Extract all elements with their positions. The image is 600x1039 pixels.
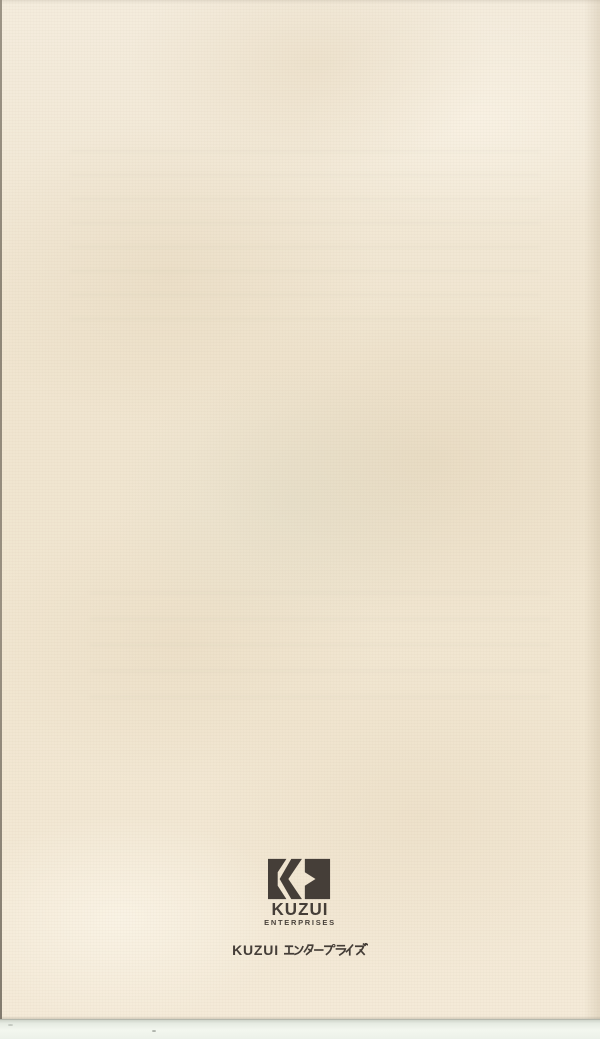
- footer-company-line: KUZUI エンタープライズ: [0, 942, 600, 958]
- footer-company-latin-text: KUZUI: [232, 943, 279, 957]
- dust-speck: [8, 1024, 13, 1026]
- right-edge-shade: [584, 0, 600, 1021]
- footer-katakana-text-drawing: [284, 943, 368, 957]
- showthrough-ghost-lines-lower: [90, 592, 550, 722]
- top-edge-shade: [0, 0, 600, 4]
- logo-brand-text: KUZUI: [255, 901, 345, 918]
- paper-bottom-edge-shadow: [0, 1016, 600, 1020]
- scanner-background-strip: [0, 1019, 600, 1039]
- left-spine-edge-line: [0, 0, 2, 1021]
- logo-subtitle-text: ENTERPRISES: [255, 918, 345, 927]
- kuzui-logo-mark-icon: [268, 857, 332, 901]
- dust-speck: [152, 1030, 156, 1032]
- showthrough-ghost-lines-upper: [70, 150, 540, 340]
- scanned-page: KUZUI ENTERPRISES KUZUI エンタープライズ: [0, 0, 600, 1039]
